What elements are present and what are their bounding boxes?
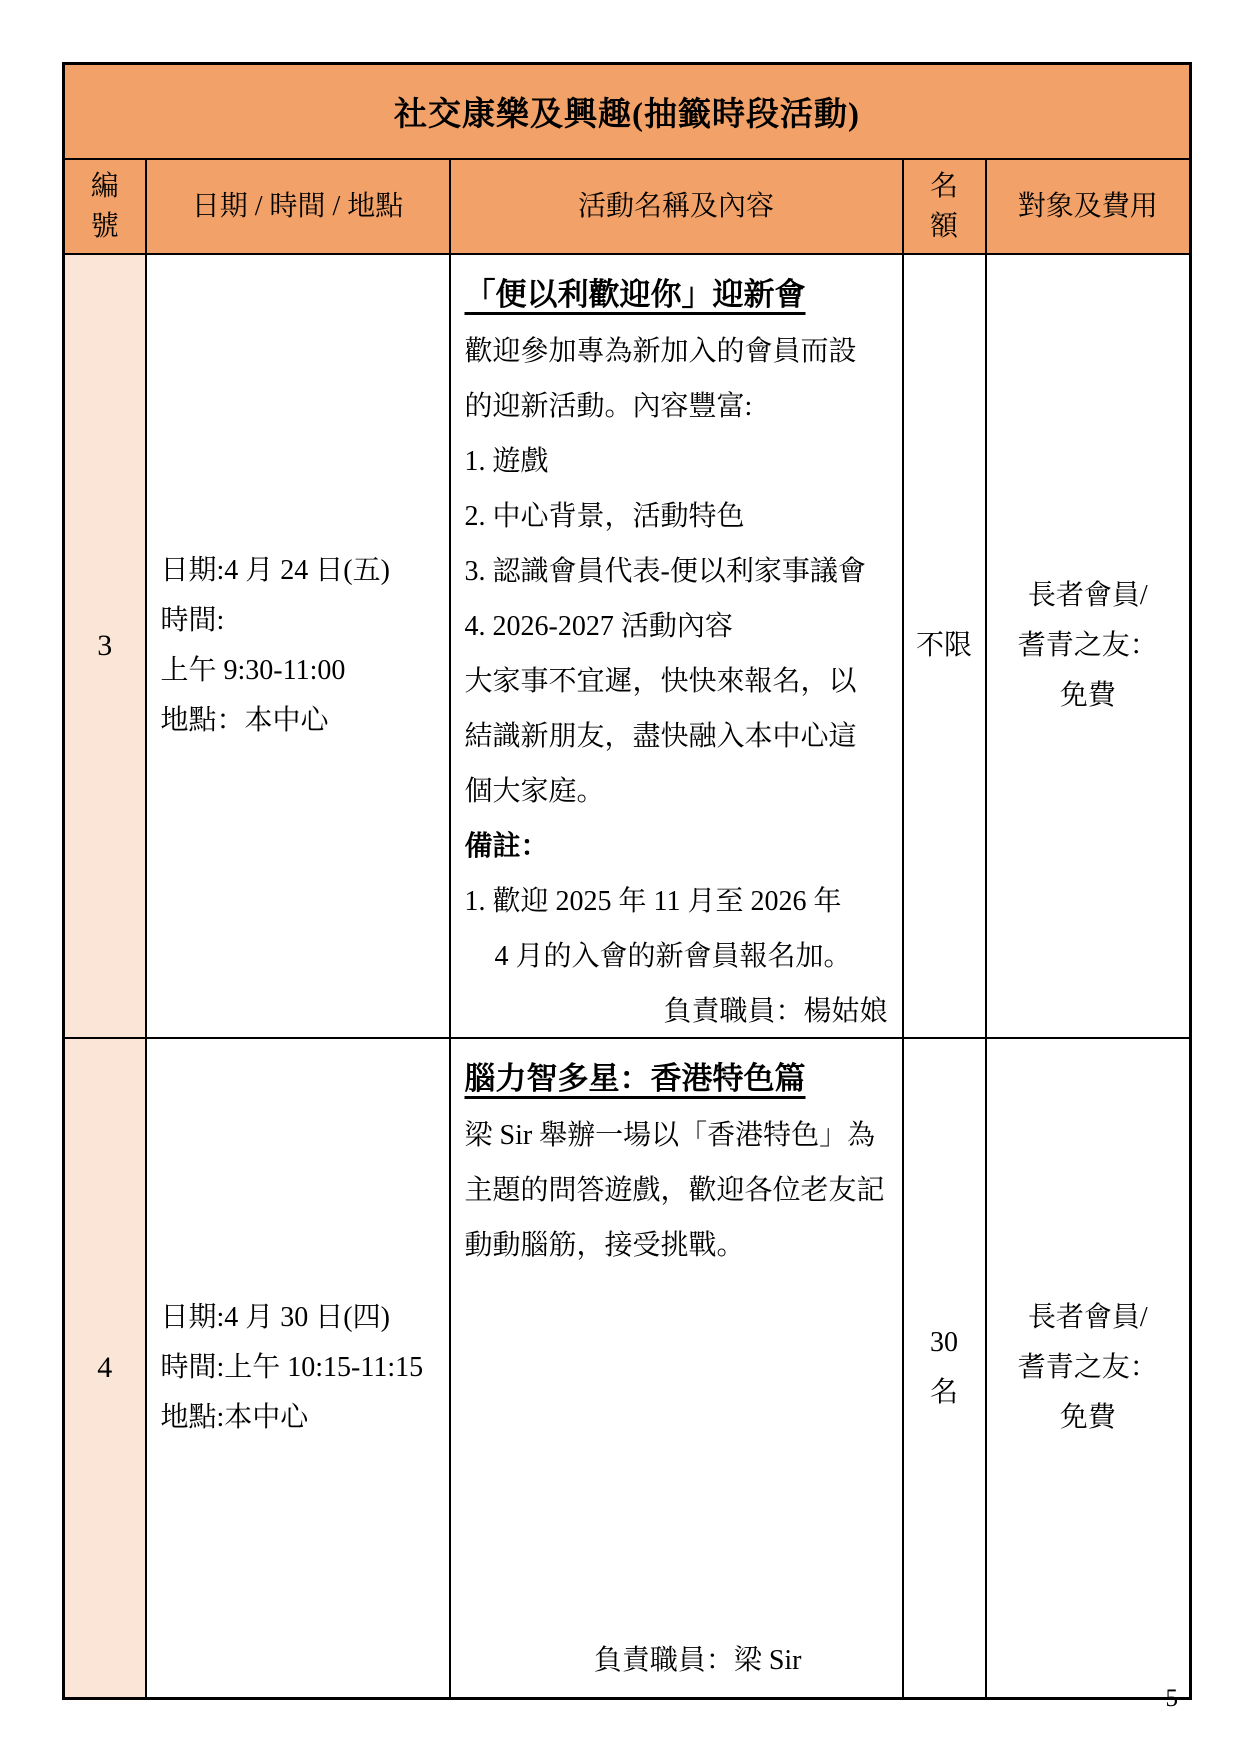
activity-line: 3. 認識會員代表-便以利家事議會 [465, 544, 892, 599]
activity-line: 結識新朋友，盡快融入本中心這 [465, 709, 892, 764]
col-header-quota: 名 額 [903, 159, 986, 254]
audience-cell: 長者會員/ 耆青之友： 免費 [986, 254, 1191, 1038]
remark-line: 4 月的入會的新會員報名加。 [465, 929, 892, 984]
activity-table: 社交康樂及興趣(抽籤時段活動) 編 號 日期 / 時間 / 地點 活動名稱及內容… [62, 62, 1192, 1700]
col-header-activity: 活動名稱及內容 [450, 159, 903, 254]
time-line: 時間:上午 10:15-11:15 [161, 1343, 449, 1393]
audience-line: 免費 [987, 671, 1190, 721]
table-title: 社交康樂及興趣(抽籤時段活動) [64, 64, 1191, 160]
activity-line: 大家事不宜遲，快快來報名，以 [465, 654, 892, 709]
column-header-row: 編 號 日期 / 時間 / 地點 活動名稱及內容 名 額 對象及費用 [64, 159, 1191, 254]
activity-line: 2. 中心背景，活動特色 [465, 489, 892, 544]
col-header-id: 編 號 [64, 159, 146, 254]
quota-value: 不限 [904, 621, 985, 671]
date-line: 日期:4 月 30 日(四) [161, 1293, 449, 1343]
activity-title: 腦力智多星：香港特色篇 [465, 1050, 892, 1108]
page-number: 5 [1166, 1684, 1179, 1714]
activity-cell: 腦力智多星：香港特色篇 梁 Sir 舉辦一場以「香港特色」為 主題的問答遊戲，歡… [450, 1038, 903, 1698]
activity-title: 「便以利歡迎你」迎新會 [465, 266, 892, 324]
venue-line: 地點:本中心 [161, 1393, 449, 1443]
datetime-block: 日期:4 月 30 日(四) 時間:上午 10:15-11:15 地點:本中心 [147, 1293, 449, 1443]
quota-cell: 30 名 [903, 1038, 986, 1698]
activity-cell: 「便以利歡迎你」迎新會 歡迎參加專為新加入的會員而設 的迎新活動。內容豐富: 1… [450, 254, 903, 1038]
activity-line: 主題的問答遊戲，歡迎各位老友記 [465, 1163, 892, 1218]
audience-line: 長者會員/ [987, 571, 1190, 621]
audience-line: 免費 [987, 1393, 1190, 1443]
datetime-block: 日期:4 月 24 日(五) 時間: 上午 9:30-11:00 地點：本中心 [147, 546, 449, 746]
activity-line: 動動腦筋，接受挑戰。 [465, 1218, 892, 1273]
document-page: 社交康樂及興趣(抽籤時段活動) 編 號 日期 / 時間 / 地點 活動名稱及內容… [0, 0, 1240, 1754]
row-id: 4 [64, 1038, 146, 1698]
col-header-quota-line1: 名 [904, 167, 985, 207]
audience-line: 長者會員/ [987, 1293, 1190, 1343]
col-header-quota-line2: 額 [904, 207, 985, 247]
col-header-audience: 對象及費用 [986, 159, 1191, 254]
col-header-id-line2: 號 [65, 207, 145, 247]
table-row: 3 日期:4 月 24 日(五) 時間: 上午 9:30-11:00 地點：本中… [64, 254, 1191, 1038]
activity-content: 腦力智多星：香港特色篇 梁 Sir 舉辦一場以「香港特色」為 主題的問答遊戲，歡… [451, 1040, 902, 1696]
datetime-cell: 日期:4 月 24 日(五) 時間: 上午 9:30-11:00 地點：本中心 [146, 254, 450, 1038]
audience-line: 耆青之友： [987, 1343, 1190, 1393]
col-header-datetime: 日期 / 時間 / 地點 [146, 159, 450, 254]
time-label-line: 時間: [161, 596, 449, 646]
venue-line: 地點：本中心 [161, 696, 449, 746]
activity-line: 梁 Sir 舉辦一場以「香港特色」為 [465, 1108, 892, 1163]
activity-content: 「便以利歡迎你」迎新會 歡迎參加專為新加入的會員而設 的迎新活動。內容豐富: 1… [451, 256, 902, 1036]
staff-line: 負責職員：楊姑娘 [465, 984, 892, 1039]
quota-cell: 不限 [903, 254, 986, 1038]
activity-line: 1. 遊戲 [465, 434, 892, 489]
quota-unit-line: 名 [904, 1368, 985, 1418]
datetime-cell: 日期:4 月 30 日(四) 時間:上午 10:15-11:15 地點:本中心 [146, 1038, 450, 1698]
activity-line: 4. 2026-2027 活動內容 [465, 599, 892, 654]
remark-label: 備註： [465, 819, 892, 874]
table-row: 4 日期:4 月 30 日(四) 時間:上午 10:15-11:15 地點:本中… [64, 1038, 1191, 1698]
time-line: 上午 9:30-11:00 [161, 646, 449, 696]
row-id: 3 [64, 254, 146, 1038]
audience-line: 耆青之友： [987, 621, 1190, 671]
table-title-row: 社交康樂及興趣(抽籤時段活動) [64, 64, 1191, 160]
staff-line: 負責職員：梁 Sir [465, 1633, 892, 1688]
date-line: 日期:4 月 24 日(五) [161, 546, 449, 596]
activity-line: 個大家庭。 [465, 764, 892, 819]
quota-value-line: 30 [904, 1318, 985, 1368]
col-header-id-line1: 編 [65, 167, 145, 207]
activity-line: 歡迎參加專為新加入的會員而設 [465, 324, 892, 379]
remark-line: 1. 歡迎 2025 年 11 月至 2026 年 [465, 874, 892, 929]
activity-line: 的迎新活動。內容豐富: [465, 379, 892, 434]
audience-cell: 長者會員/ 耆青之友： 免費 [986, 1038, 1191, 1698]
